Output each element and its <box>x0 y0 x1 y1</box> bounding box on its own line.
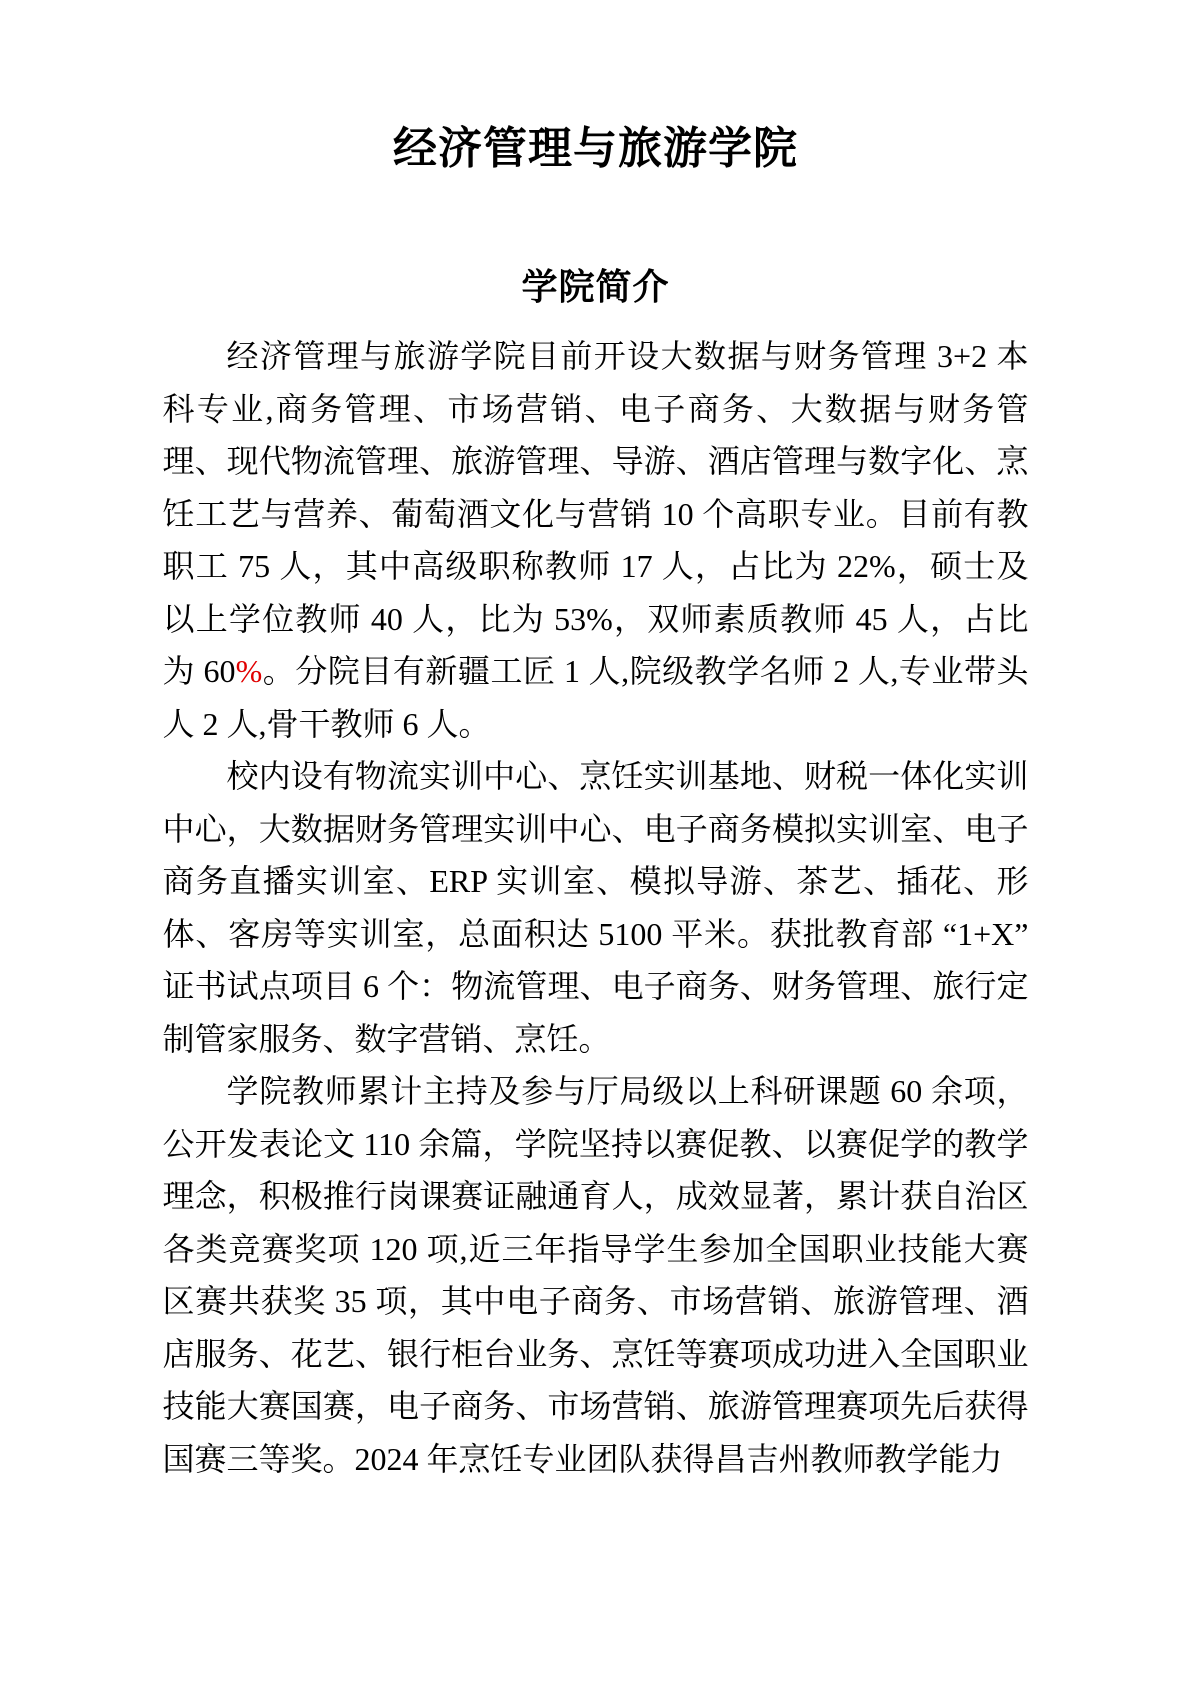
highlighted-text-run: % <box>236 653 263 689</box>
paragraph-training-facilities: 校内设有物流实训中心、烹饪实训基地、财税一体化实训中心，大数据财务管理实训中心、… <box>163 750 1029 1065</box>
paragraph-research-competitions: 学院教师累计主持及参与厅局级以上科研课题 60 余项，公开发表论文 110 余篇… <box>163 1065 1029 1485</box>
text-run: 校内设有物流实训中心、烹饪实训基地、财税一体化实训中心，大数据财务管理实训中心、… <box>163 758 1029 1057</box>
text-run: 经济管理与旅游学院目前开设大数据与财务管理 3+2 本科专业,商务管理、市场营销… <box>163 338 1029 689</box>
text-run: 学院教师累计主持及参与厅局级以上科研课题 60 余项，公开发表论文 110 余篇… <box>163 1073 1029 1477</box>
text-run: 。分院目有新疆工匠 1 人,院级教学名师 2 人,专业带头人 2 人,骨干教师 … <box>163 653 1029 742</box>
section-heading: 学院简介 <box>0 264 1191 311</box>
paragraph-college-overview: 经济管理与旅游学院目前开设大数据与财务管理 3+2 本科专业,商务管理、市场营销… <box>163 330 1029 750</box>
document-body: 经济管理与旅游学院目前开设大数据与财务管理 3+2 本科专业,商务管理、市场营销… <box>163 330 1029 1485</box>
document-page: 经济管理与旅游学院 学院简介 经济管理与旅游学院目前开设大数据与财务管理 3+2… <box>0 0 1191 1684</box>
document-title: 经济管理与旅游学院 <box>0 0 1191 180</box>
